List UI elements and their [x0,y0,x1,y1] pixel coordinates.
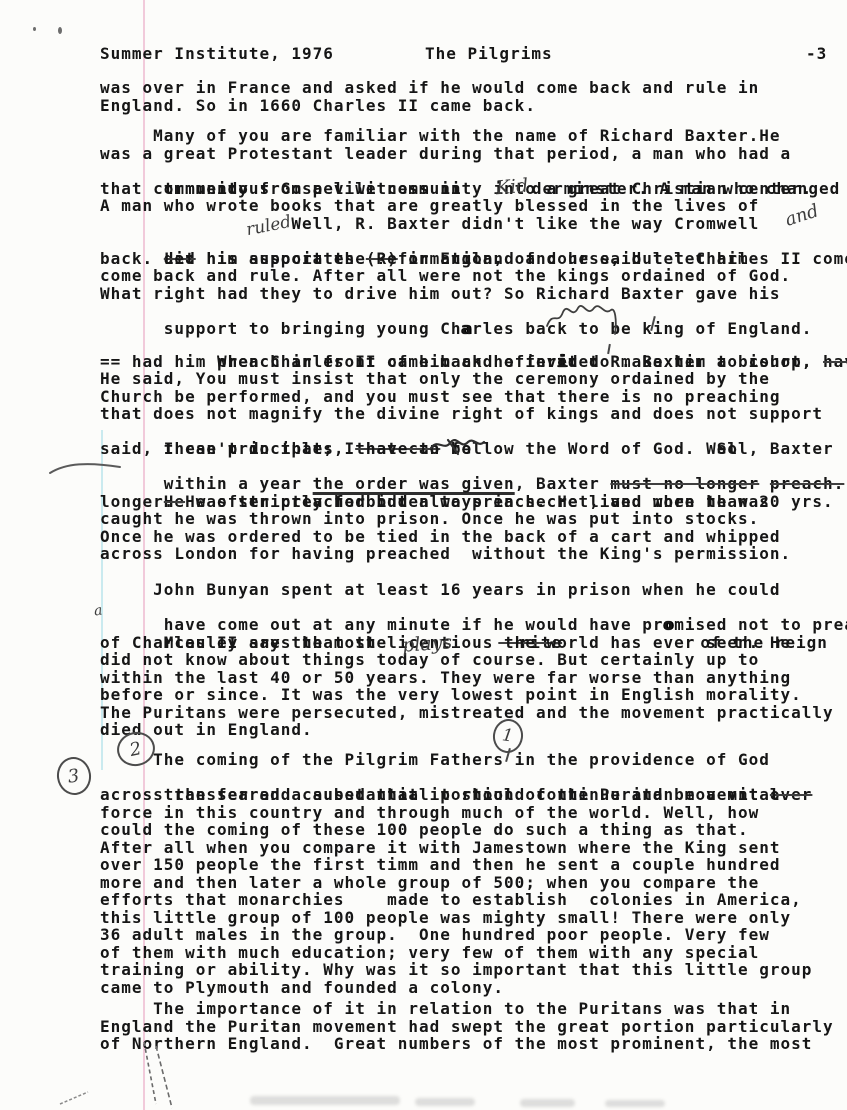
text-line: come back and rule. After all were not t… [100,267,847,285]
text-line: before or since. It was the very lowest … [100,686,847,704]
text-line: across the sea and caused that it should… [100,786,812,804]
text-line: transferred a substantial portion of the… [100,769,812,787]
text-line: Once he was ordered to be tied in the ba… [100,528,847,546]
text-line: England. So in 1660 Charles II came back… [100,97,759,115]
text-line: training or ability. Why was it so impor… [100,961,812,979]
text-line: died out in England. [100,721,847,739]
handwritten-squiggle [428,434,488,458]
text-line: == had him preach in front of him and of… [100,353,847,371]
text-line: within the last 40 or 50 years. They wer… [100,669,847,687]
text-line: A man who wrote books that are greatly b… [100,197,847,215]
text-line: When Charles II came back he invited R. … [100,335,847,353]
text-line: trmmendous Gospel witness in Kidderminst… [100,162,847,180]
paragraph-1: was over in France and asked if he would… [100,79,759,114]
text-line: within a year the order was given, Baxte… [100,458,847,476]
text-line: of Northern England. Great numbers of th… [100,1035,834,1053]
typed-text: have come out at any minute if he would … [164,615,664,634]
text-line: was a great Protestant leader during tha… [100,145,847,163]
handwritten-squiggle [545,300,625,336]
text-line: John Bunyan spent at least 16 years in p… [100,581,847,599]
struck-text: having [823,352,847,371]
text-line: The Puritans were persecuted, mistreated… [100,704,847,722]
paragraph-2: Many of you are familiar with the name o… [100,127,847,320]
text-line: The coming of the Pilgrim Fathers in the… [100,751,812,769]
handwritten-insertion-kid: Kid [496,177,530,197]
text-line: across London for having preached withou… [100,545,847,563]
text-line: efforts that monarchies made to establis… [100,891,812,909]
pencil-margin-stroke [48,458,124,478]
text-line: The importance of it in relation to the … [100,1000,834,1018]
handwritten-insertion-plays: plays [401,634,452,655]
text-line: back. Let him support the Reformation, o… [100,250,847,268]
overstruck-character: o [664,615,675,634]
text-line: After all when you compare it with James… [100,839,812,857]
pencil-underlined-text: the order was given [313,474,515,493]
text-line: He said, You must insist that only the c… [100,370,847,388]
pencil-strokes [130,1038,190,1110]
paragraph-5: The coming of the Pilgrim Fathers in the… [100,751,812,996]
scan-speck [33,27,36,31]
text-line: of them with much education; very few of… [100,944,812,962]
text-line: Church be performed, and you must see th… [100,388,847,406]
text-line: that community from a vile community int… [100,180,847,198]
smudge [415,1098,475,1106]
typed-text: within a year [164,474,313,493]
typed-text [759,474,770,493]
text-line: of Charles II are the most licentious th… [100,634,847,652]
smudge [520,1099,575,1107]
text-line: What right had they to drive him out? So… [100,285,847,303]
text-line: that does not magnify the divine right o… [100,405,847,423]
smudge [605,1100,665,1107]
text-line: England the Puritan movement had swept t… [100,1018,834,1036]
text-line: Well, R. Baxter didn't like the way Crom… [100,215,847,233]
header-title: Summer Institute, 1976 [100,44,334,63]
scan-speck [58,27,62,34]
header-subject: The Pilgrims [425,44,553,63]
text-line: this little group of 100 people was migh… [100,909,812,927]
paragraph-4: John Bunyan spent at least 16 years in p… [100,581,847,739]
struck-text: must no longer [610,474,759,493]
text-line: was over in France and asked if he would… [100,79,759,97]
text-line: longer. He often preached but always in … [100,493,847,511]
text-line: caught he was thrown into prison. Once h… [100,510,847,528]
pencil-strokes [58,1088,98,1108]
struck-text: preach. [770,474,844,493]
text-line: did not know about things today of cours… [100,651,847,669]
text-line: have come out at any minute if he would … [100,599,847,617]
circled-number-3: 3 [55,755,94,797]
text-line: did his associates (?) in England and he… [100,232,847,250]
paragraph-6: The importance of it in relation to the … [100,1000,834,1053]
text-line: force in this country and through much o… [100,804,812,822]
scanned-document-page: Summer Institute, 1976 The Pilgrims -3 w… [0,0,847,1110]
smudge [250,1096,400,1105]
text-line: support to bringing young Charles back t… [100,302,847,320]
header-page-number: -3 [806,44,827,63]
typed-text: , Baxter [515,474,611,493]
text-line: came to Plymouth and founded a colony. [100,979,812,997]
typed-text: mised not to preach. [674,615,847,634]
text-line: Many of you are familiar with the name o… [100,127,847,145]
text-line: over 150 people the first timm and then … [100,856,812,874]
text-line: more and then later a whole group of 500… [100,874,812,892]
text-line: could the coming of these 100 people do … [100,821,812,839]
text-line: 36 adult males in the group. One hundred… [100,926,812,944]
